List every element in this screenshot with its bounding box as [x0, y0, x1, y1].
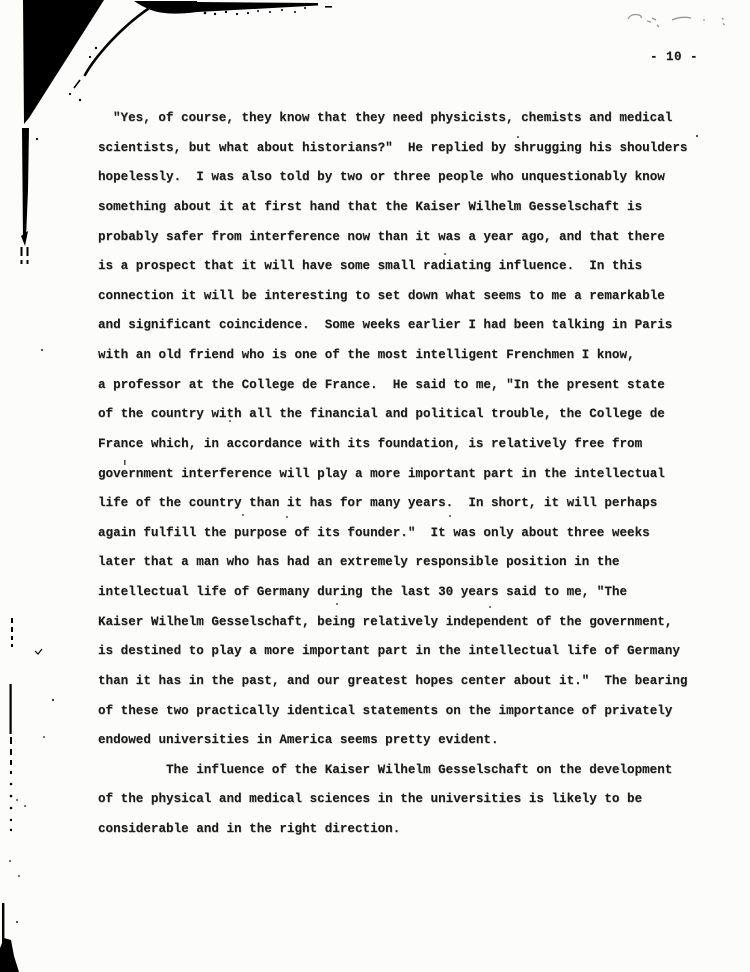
tick-mark-icon: [35, 649, 42, 654]
text-line: hopelessly. I was also told by two or th…: [98, 163, 718, 193]
text-line: something about it at first hand that th…: [98, 193, 718, 223]
text-line: of the physical and medical sciences in …: [98, 785, 718, 815]
text-line: Kaiser Wilhelm Gesselschaft, being relat…: [98, 608, 718, 638]
text-line: considerable and in the right direction.: [98, 815, 718, 845]
text-line: is destined to play a more important par…: [98, 637, 718, 667]
text-line: than it has in the past, and our greates…: [98, 667, 718, 697]
text-line: government interference will play a more…: [98, 460, 718, 490]
left-streak-icon: [22, 128, 29, 238]
crease-line-icon: [85, 5, 154, 75]
text-line: is a prospect that it will have some sma…: [98, 252, 718, 282]
text-line: "Yes, of course, they know that they nee…: [98, 104, 718, 134]
text-line: scientists, but what about historians?" …: [98, 134, 718, 164]
top-streak-icon: [134, 1, 197, 14]
pencil-smudge-icon: [628, 15, 725, 28]
text-line: and significant coincidence. Some weeks …: [98, 311, 718, 341]
text-line: The influence of the Kaiser Wilhelm Gess…: [98, 756, 718, 786]
text-line: endowed universities in America seems pr…: [98, 726, 718, 756]
text-line: later that a man who has had an extremel…: [98, 548, 718, 578]
text-line: intellectual life of Germany during the …: [98, 578, 718, 608]
text-line: probably safer from interference now tha…: [98, 223, 718, 253]
bottom-blob-icon: [0, 938, 19, 972]
document-text: "Yes, of course, they know that they nee…: [98, 104, 718, 845]
text-line: a professor at the College de France. He…: [98, 371, 718, 401]
text-line: with an old friend who is one of the mos…: [98, 341, 718, 371]
text-line: of these two practically identical state…: [98, 697, 718, 727]
text-line: life of the country than it has for many…: [98, 489, 718, 519]
text-line: again fulfill the purpose of its founder…: [98, 519, 718, 549]
page-number: - 10 -: [650, 49, 698, 65]
text-line: connection it will be interesting to set…: [98, 282, 718, 312]
corner-fold-icon: [23, 0, 104, 124]
text-line: of the country with all the financial an…: [98, 400, 718, 430]
document-page: - 10 - "Yes, of course, they know that t…: [0, 0, 750, 972]
text-line: France which, in accordance with its fou…: [98, 430, 718, 460]
